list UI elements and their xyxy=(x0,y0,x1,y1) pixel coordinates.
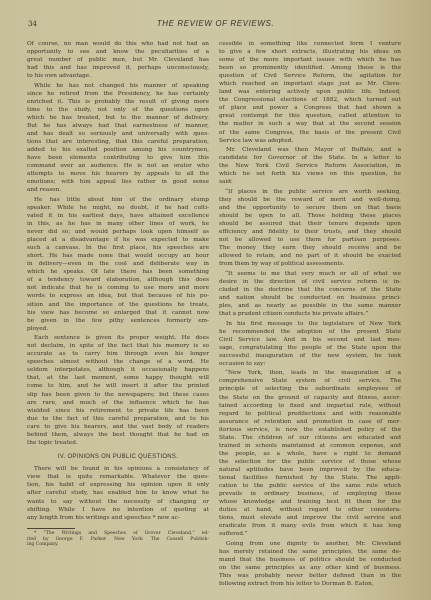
text-line: Service law was adopted. xyxy=(219,137,401,145)
text-line: should be open to all. Those holding the… xyxy=(219,212,401,220)
text-line: following extract from his letter to Dor… xyxy=(219,580,401,588)
paragraph-gap xyxy=(27,447,209,449)
text-line: which he has treated, but to the manner … xyxy=(27,114,209,122)
text-line: the New York Civil Service Reform Associ… xyxy=(219,162,401,170)
text-line: of place and power a Congress that had s… xyxy=(219,104,401,112)
text-line: principle of selecting the subordinate e… xyxy=(219,385,401,393)
text-line: tional facilities furnished by the State… xyxy=(219,474,401,482)
text-line: the people, as a whole, have a right to … xyxy=(219,450,401,458)
text-line: and nation should be conducted on busine… xyxy=(219,294,401,302)
text-line: accurate as to carry him through even hi… xyxy=(27,350,209,358)
text-line: efficiency and fidelity to their trusts,… xyxy=(219,228,401,236)
text-line: “New York, then, leads in the inaugurati… xyxy=(219,369,401,377)
text-line: Civil Service law. And in his second and… xyxy=(219,336,401,344)
text-line: trained in schools maintained at common … xyxy=(219,442,401,450)
paragraph-gap xyxy=(219,588,401,590)
footnote-line: ing Company. xyxy=(27,542,209,547)
text-line: said: xyxy=(219,178,401,186)
text-line: which he speaks. Of late there has been … xyxy=(27,268,209,276)
text-line: the matter in such a way that at the sec… xyxy=(219,120,401,128)
text-line: since he retired from the Presidency, he… xyxy=(27,90,209,98)
text-line: suffered.” xyxy=(219,530,401,538)
text-line: not declaim, in spite of the fact that h… xyxy=(27,342,209,350)
text-line: the selection for the public service of … xyxy=(219,458,401,466)
text-line: While he has not changed his manner of s… xyxy=(27,82,209,90)
text-line: opportunity to see and know the peculiar… xyxy=(27,48,209,56)
text-line: the Congressional elections of 1882, whi… xyxy=(219,96,401,104)
text-line: whose knowledge and training best fit th… xyxy=(219,498,401,506)
text-line: words to express an idea, but that becau… xyxy=(27,292,209,300)
text-line: tions that are interesting, that this ca… xyxy=(27,138,209,146)
text-line: State. The children of our citizens are … xyxy=(219,434,401,442)
text-line: any length from his writings and speeche… xyxy=(27,514,209,522)
text-line: great contempt for this question, called… xyxy=(219,112,401,120)
text-line: after careful study, has enabled him to … xyxy=(27,489,209,497)
text-line: due to the fact of this careful preparat… xyxy=(27,415,209,423)
text-line: land was entering actively upon public l… xyxy=(219,88,401,96)
text-line: There will be found in his opinions a co… xyxy=(27,465,209,473)
text-line: behind them, always the best thought tha… xyxy=(27,431,209,439)
page-header: 34 THE REVIEW OF REVIEWS. xyxy=(0,20,431,34)
text-line: of the same Congress, the basis of the p… xyxy=(219,129,401,137)
text-line: emotions; with him appeal lies rather in… xyxy=(27,178,209,186)
paragraph-gap xyxy=(27,522,209,524)
paragraph: He has little about him of the ordinary … xyxy=(27,196,209,333)
text-line: prevails in ordinary business, of employ… xyxy=(219,490,401,498)
paragraph: There will be found in his opinions a co… xyxy=(27,465,209,521)
text-line: which reached an important stage just as… xyxy=(219,80,401,88)
text-line: assurance of retention and promotion in … xyxy=(219,418,401,426)
text-line: He has little about him of the ordinary … xyxy=(27,196,209,204)
text-line: he recommended the adoption of the prese… xyxy=(219,328,401,336)
text-line: they should be the reward of merit and w… xyxy=(219,196,401,204)
paragraph: cessible in something like connected for… xyxy=(219,40,401,145)
text-line: “If places in the public service are wor… xyxy=(219,188,401,196)
text-line: which he set forth his views on this que… xyxy=(219,170,401,178)
text-line: shifting. While I have no intention of q… xyxy=(27,506,209,514)
text-line: not be allowed to use them for partisan … xyxy=(219,236,401,244)
text-line: had this and has improved it, perhaps un… xyxy=(27,64,209,72)
text-line: and the opportunity to secure them on th… xyxy=(219,204,401,212)
text-line: “It seems to me that very much or all of… xyxy=(219,270,401,278)
text-line: tions, must elevate and improve the civi… xyxy=(219,514,401,522)
text-line: sition and the importance of the questio… xyxy=(27,301,209,309)
text-line: Of course, no man would do this who had … xyxy=(27,40,209,48)
text-line: comprehensive State system of civil serv… xyxy=(219,377,401,385)
text-line: Each sentence is given its proper weight… xyxy=(27,334,209,342)
text-line: that a prudent citizen conducts his priv… xyxy=(219,310,401,318)
text-line: The money they earn they should receive … xyxy=(219,244,401,252)
text-line: have been elements contributing to give … xyxy=(27,154,209,162)
text-line: ples, and as nearly as possible in the s… xyxy=(219,302,401,310)
text-line: Going from one dignity to another, Mr. C… xyxy=(219,540,401,548)
text-line: added to his exalted position among his … xyxy=(27,146,209,154)
left-column: Of course, no man would do this who had … xyxy=(27,40,209,547)
text-line: allowed to retain, and no part of it sho… xyxy=(219,252,401,260)
text-line: vated it in his earliest days, have atta… xyxy=(27,212,209,220)
text-line: of a tendency toward elaboration, althou… xyxy=(27,276,209,284)
text-line: mand that the business of politics shoul… xyxy=(219,556,401,564)
text-line: should be assured that their tenure depe… xyxy=(219,220,401,228)
quoted-paragraph: “New York, then, leads in the inaugurati… xyxy=(219,369,401,538)
text-line: some of the more important issues with w… xyxy=(219,56,401,64)
text-line: in this, as he has in many other lines o… xyxy=(27,220,209,228)
text-line: short. He has made none that would occup… xyxy=(27,252,209,260)
text-line: successful inauguration of the new syste… xyxy=(219,352,401,360)
text-line: come to him, and he will insert it after… xyxy=(27,382,209,390)
paragraph: Of course, no man would do this who had … xyxy=(27,40,209,80)
text-line: But he has always had that earnestness o… xyxy=(27,122,209,130)
text-line: slip has been given to the newspapers; b… xyxy=(27,391,209,399)
text-line: his view has become so enlarged that it … xyxy=(27,309,209,317)
text-line: duties at hand, without regard to other … xyxy=(219,506,401,514)
text-line: that, at the last moment, some happy tho… xyxy=(27,374,209,382)
text-line: speeches almost without the change of a … xyxy=(27,358,209,366)
text-line: cessible in something like connected for… xyxy=(219,40,401,48)
text-line: command over an audience. He is not an o… xyxy=(27,162,209,170)
text-line: tained according to fixed and impartial … xyxy=(219,402,401,410)
text-line: seldom interpolates, although it occasio… xyxy=(27,366,209,374)
text-line: candidate for Governor of the State. In … xyxy=(219,154,401,162)
text-line: never did so; and would perhaps look upo… xyxy=(27,228,209,236)
text-line: wielded since his retirement to private … xyxy=(27,407,209,415)
text-line: natural aptitudes have been improved by … xyxy=(219,466,401,474)
footnote-divider xyxy=(27,528,75,529)
footnote-line: * “The Writings and Speeches of Grover C… xyxy=(27,531,209,536)
running-title: THE REVIEW OF REVIEWS. xyxy=(0,19,431,28)
paragraph: Mr. Cleveland was then Mayor of Buffalo,… xyxy=(219,146,401,186)
text-line: sage, congratulating the people of the S… xyxy=(219,344,401,352)
text-line: question of Civil Service Reform, the ag… xyxy=(219,72,401,80)
paragraph: Going from one dignity to another, Mr. C… xyxy=(219,540,401,588)
text-line: from them by way of political assessment… xyxy=(219,260,401,268)
paragraph: In his first message to the legislature … xyxy=(219,320,401,368)
text-line: on the same principles as any other kind… xyxy=(219,564,401,572)
text-line: ployed. xyxy=(27,325,209,333)
text-line: and has dealt so seriously and universal… xyxy=(27,130,209,138)
text-line: and reason. xyxy=(27,186,209,194)
quoted-paragraph: “It seems to me that very much or all of… xyxy=(219,270,401,318)
text-line: enriched it. This is probably the result… xyxy=(27,98,209,106)
text-line: not indicate that he is coming to use mo… xyxy=(27,284,209,292)
text-line: placed at a disadvantage if he was expec… xyxy=(27,236,209,244)
text-line: itorious service, is now the established… xyxy=(219,426,401,434)
paragraph: While he has not changed his manner of s… xyxy=(27,82,209,195)
text-line: the topic treated. xyxy=(27,439,209,447)
text-line: cation to the public service of the same… xyxy=(219,482,401,490)
text-line: Mr. Cleveland was then Mayor of Buffalo,… xyxy=(219,146,401,154)
text-line: tion, his habit of expressing his opinio… xyxy=(27,481,209,489)
text-line: the State on the ground of capacity and … xyxy=(219,394,401,402)
quoted-paragraph: “If places in the public service are wor… xyxy=(219,188,401,268)
text-line: in delivery—even in the cool and deliber… xyxy=(27,260,209,268)
text-line: been so prominently identified. Among th… xyxy=(219,64,401,72)
text-line: wants to say without the necessity of ch… xyxy=(27,498,209,506)
paragraph: Each sentence is given its proper weight… xyxy=(27,334,209,447)
text-line: regard to political predilections and wi… xyxy=(219,410,401,418)
text-line: In his first message to the legislature … xyxy=(219,320,401,328)
text-line: view that is quite remarkable. Whatever … xyxy=(27,473,209,481)
text-line: has merely retained the same principles,… xyxy=(219,548,401,556)
text-line: desire in the direction of civil service… xyxy=(219,278,401,286)
text-line: be given in the few pithy sentences form… xyxy=(27,317,209,325)
right-column: cessible in something like connected for… xyxy=(219,40,401,590)
text-line: attempts to move his hearers by appeals … xyxy=(27,170,209,178)
text-line: are rare, and much of the influence whic… xyxy=(27,399,209,407)
text-line: speaker. While he might, no doubt, if he… xyxy=(27,204,209,212)
text-line: such a canvass. In the first place, his … xyxy=(27,244,209,252)
text-line: care to give his hearers, and the vast b… xyxy=(27,423,209,431)
text-line: great number of public men, but Mr. Clev… xyxy=(27,56,209,64)
text-line: to his own advantage. xyxy=(27,72,209,80)
text-line: time to the study, not only of the quest… xyxy=(27,106,209,114)
text-line: eradicate from it many evils from which … xyxy=(219,522,401,530)
section-heading: IV. OPINIONS ON PUBLIC QUESTIONS. xyxy=(27,453,209,461)
text-line: This was probably never better defined t… xyxy=(219,572,401,580)
footnote: * “The Writings and Speeches of Grover C… xyxy=(27,531,209,547)
text-line: occasion to say: xyxy=(219,360,401,368)
text-line: to give a few short extracts, illustrati… xyxy=(219,48,401,56)
text-line: cluded in the doctrine that the concerns… xyxy=(219,286,401,294)
